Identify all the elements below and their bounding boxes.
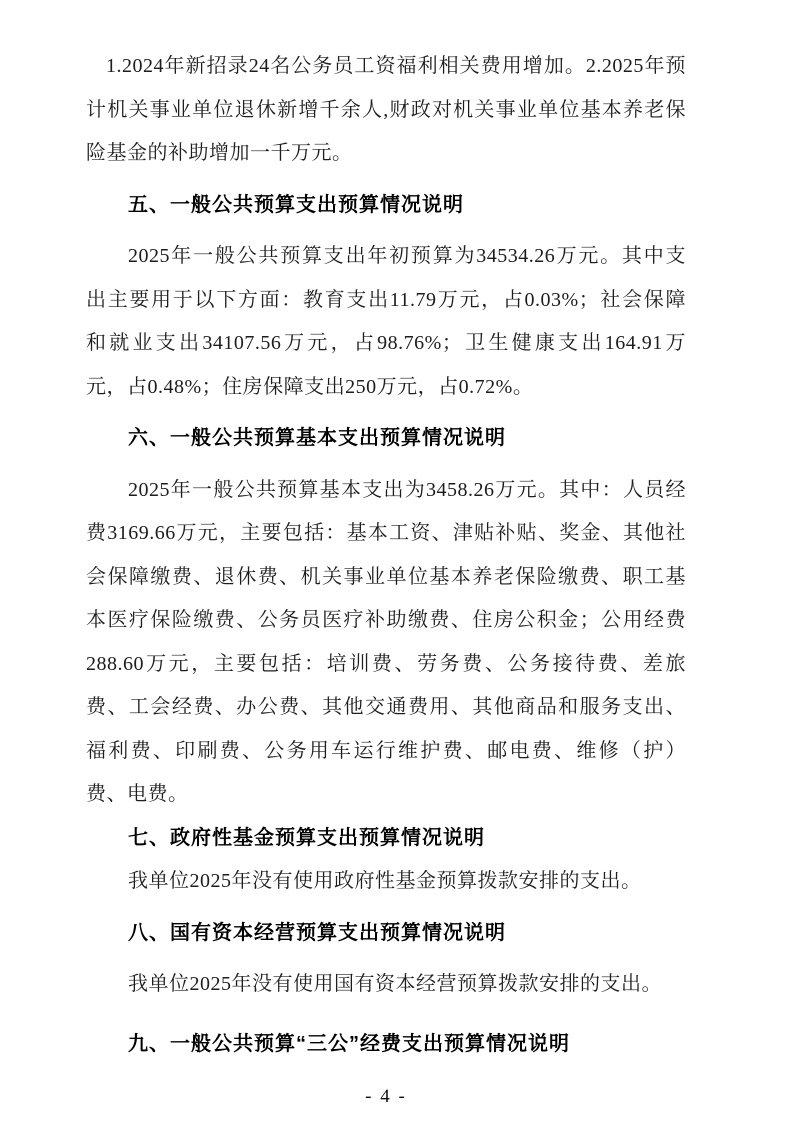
text-line: 和就业支出34107.56万元，占98.76%；卫生健康支出164.91万 bbox=[86, 322, 686, 366]
paragraph-budget-increase-reasons: 1.2024年新招录24名公务员工资福利相关费用增加。2.2025年预 计机关事… bbox=[86, 45, 686, 176]
section-heading-government-fund-budget: 七、政府性基金预算支出预算情况说明 bbox=[86, 817, 686, 861]
text-line: 出主要用于以下方面：教育支出11.79万元，占0.03%；社会保障 bbox=[86, 279, 686, 323]
text-line: 288.60万元，主要包括：培训费、劳务费、公务接待费、差旅 bbox=[86, 643, 686, 687]
text-line: 我单位2025年没有使用政府性基金预算拨款安排的支出。 bbox=[86, 860, 686, 904]
text-line: 我单位2025年没有使用国有资本经营预算拨款安排的支出。 bbox=[86, 963, 686, 1007]
text-line: 本医疗保险缴费、公务员医疗补助缴费、住房公积金；公用经费 bbox=[86, 599, 686, 643]
text-line: 费、电费。 bbox=[86, 773, 686, 817]
document-page: 1.2024年新招录24名公务员工资福利相关费用增加。2.2025年预 计机关事… bbox=[0, 0, 793, 1122]
section-heading-state-capital-budget: 八、国有资本经营预算支出预算情况说明 bbox=[86, 912, 686, 956]
text-line: 计机关事业单位退休新增千余人,财政对机关事业单位基本养老保 bbox=[86, 89, 686, 133]
paragraph-state-capital-budget: 我单位2025年没有使用国有资本经营预算拨款安排的支出。 bbox=[86, 963, 686, 1007]
paragraph-basic-expenditure: 2025年一般公共预算基本支出为3458.26万元。其中：人员经 费3169.6… bbox=[86, 469, 686, 817]
text-line: 元，占0.48%；住房保障支出250万元，占0.72%。 bbox=[86, 366, 686, 410]
text-line: 福利费、印刷费、公务用车运行维护费、邮电费、维修（护） bbox=[86, 730, 686, 774]
text-line: 1.2024年新招录24名公务员工资福利相关费用增加。2.2025年预 bbox=[86, 45, 686, 89]
paragraph-government-fund-budget: 我单位2025年没有使用政府性基金预算拨款安排的支出。 bbox=[86, 860, 686, 904]
text-line: 2025年一般公共预算基本支出为3458.26万元。其中：人员经 bbox=[86, 469, 686, 513]
text-line: 费、工会经费、办公费、其他交通费用、其他商品和服务支出、 bbox=[86, 686, 686, 730]
section-heading-three-public-expenses: 九、一般公共预算“三公”经费支出预算情况说明 bbox=[86, 1023, 686, 1067]
text-line: 险基金的补助增加一千万元。 bbox=[86, 132, 686, 176]
text-line: 费3169.66万元，主要包括：基本工资、津贴补贴、奖金、其他社 bbox=[86, 512, 686, 556]
page-number: - 4 - bbox=[86, 1082, 686, 1112]
paragraph-general-budget-expenditure: 2025年一般公共预算支出年初预算为34534.26万元。其中支 出主要用于以下… bbox=[86, 235, 686, 409]
text-line: 2025年一般公共预算支出年初预算为34534.26万元。其中支 bbox=[86, 235, 686, 279]
section-heading-basic-expenditure: 六、一般公共预算基本支出预算情况说明 bbox=[86, 417, 686, 461]
text-line: 会保障缴费、退休费、机关事业单位基本养老保险缴费、职工基 bbox=[86, 556, 686, 600]
section-heading-general-budget-expenditure: 五、一般公共预算支出预算情况说明 bbox=[86, 184, 686, 228]
